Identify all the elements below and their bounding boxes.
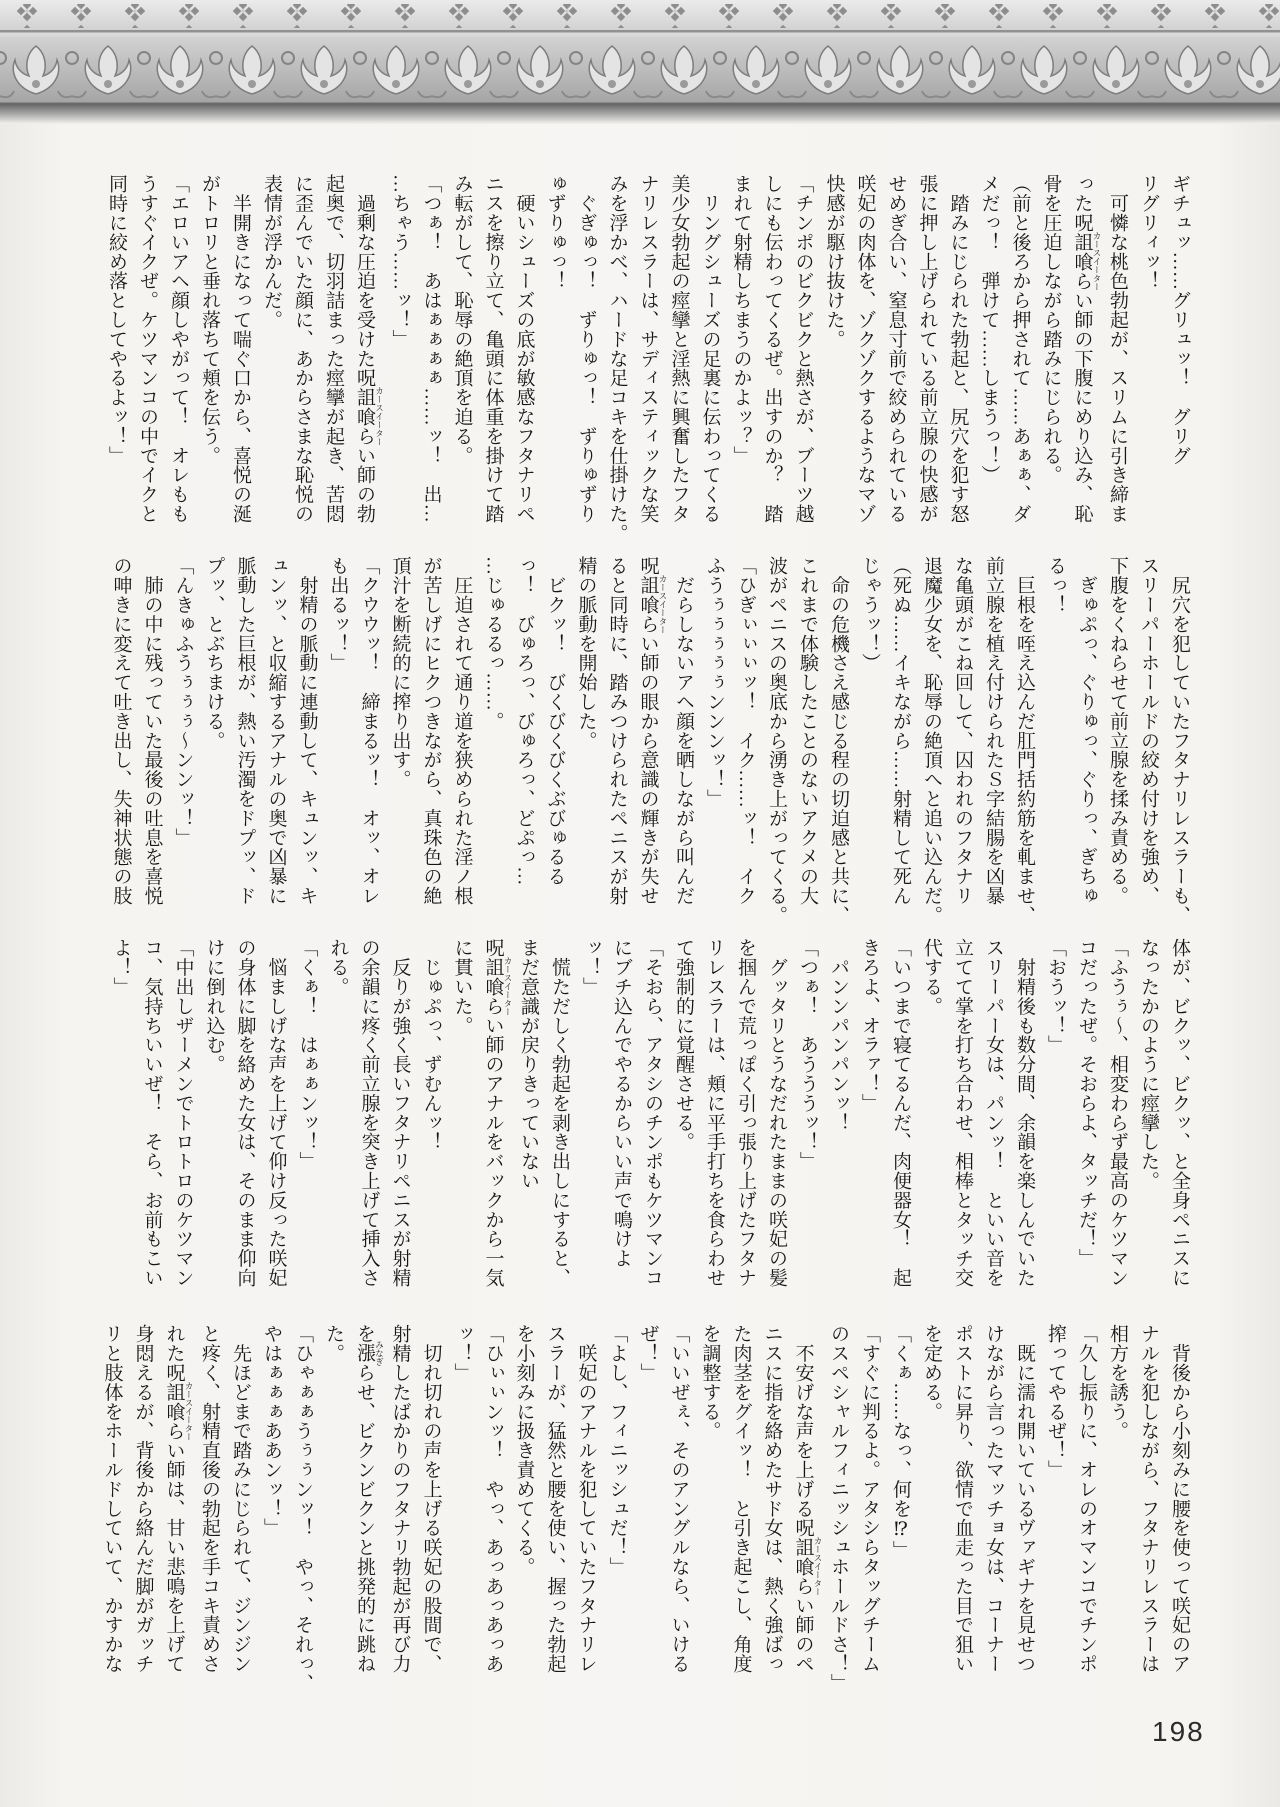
text-column: 「クウウッ！ 締まるッ！ オッ、オレ — [354, 556, 385, 928]
text-column: やはぁぁぁああンッ！」 — [256, 1324, 287, 1696]
text-column: な亀頭がこね回して、囚われのフタナリ — [947, 556, 978, 928]
text-band-4: 背後から小刻みに腰を使って咲妃のアナルを犯しながら、フタナリレスラーは相方を誘う… — [85, 1324, 1195, 1696]
text-column: ポストに昇り、欲情で血走った目で狙い — [947, 1324, 978, 1696]
text-column: 快感が駆け抜けた。 — [819, 174, 850, 546]
text-column: 「よし、フィニッシュだ！」 — [602, 1324, 633, 1696]
text-column: ゅずりゅっ！ — [540, 174, 571, 546]
text-column: ふうぅぅぅぅぅンンンッ！」 — [699, 556, 730, 928]
text-column: けに倒れ込む。 — [199, 938, 230, 1310]
text-column: リングシューズの足裏に伝わってくる — [695, 174, 726, 546]
text-column: 体が、ビクッ、ビクッ、と全身ペニスに — [1164, 938, 1195, 1310]
text-column: 咲妃のアナルを犯していたフタナリレ — [571, 1324, 602, 1696]
text-column: …ちゃう……ッ！」 — [385, 174, 416, 546]
text-column: にブチ込んでやるからいい声で鳴けよ — [606, 938, 637, 1310]
text-column: 表情が浮かんだ。 — [256, 174, 287, 546]
text-column: 「すぐに判るよ。アタシらタッグチーム — [854, 1324, 885, 1696]
text-column: 頂汁を断続的に搾り出す。 — [385, 556, 416, 928]
text-column: スリーパー女は、パンッ！ といい音を — [978, 938, 1009, 1310]
text-column: 悩ましげな声を上げて仰け反った咲妃 — [261, 938, 292, 1310]
text-column: を小刻みに扱き責めてくる。 — [509, 1324, 540, 1696]
book-page: ギチュッ……グリュッ！ グリグリグリィッ！ 可憐な桃色勃起が、スリムに引き締まっ… — [0, 0, 1280, 1807]
text-column: じゅぷっ、ずむんッ！ — [416, 938, 447, 1310]
text-column: 咲妃の肉体を、ゾクゾクするようなマゾ — [850, 174, 881, 546]
text-column: けながら言ったマッチョ女は、コーナー — [978, 1324, 1009, 1696]
text-column: 切れ切れの声を上げる咲妃の股間で、 — [416, 1324, 447, 1696]
text-column: 尻穴を犯していたフタナリレスラーも、 — [1164, 556, 1195, 928]
text-column: 同時に絞め落としてやるよッ！」 — [101, 174, 132, 546]
text-column: （死ぬ……イキながら……射精して死ん — [885, 556, 916, 928]
text-column: と疼く、射精直後の勃起を手コキ責めさ — [194, 1324, 225, 1696]
text-column: 射精の脈動に連動して、キュンッ、キ — [292, 556, 323, 928]
text-column: ぎゅぷっ、ぐりゅっ、ぐりっ、ぎちゅ — [1071, 556, 1102, 928]
text-column: 命の危機さえ感じる程の切迫感と共に、 — [823, 556, 854, 928]
text-column: 「くぁ……なっ、何を⁉」 — [885, 1324, 916, 1696]
text-column: スリーパーホールドの絞め付けを強め、 — [1133, 556, 1164, 928]
text-column: 「おうッ！」 — [1040, 938, 1071, 1310]
text-column: 前立腺を植え付けられたＳ字結腸を凶暴 — [978, 556, 1009, 928]
text-band-2: 尻穴を犯していたフタナリレスラーも、スリーパーホールドの絞め付けを強め、下腹をく… — [85, 556, 1195, 928]
text-band-1: ギチュッ……グリュッ！ グリグリグリィッ！ 可憐な桃色勃起が、スリムに引き締まっ… — [85, 174, 1195, 546]
text-column: リレスラーは、頬に平手打ちを食らわせ — [699, 938, 730, 1310]
text-column: に歪んでいた顔に、あからさまな恥悦の — [287, 174, 318, 546]
text-column: っ！ びゅろっ、びゅろっ、どぷっ… — [509, 556, 540, 928]
text-column: ぐぎゅっ！ ずりゅっ！ ずりゅずり — [571, 174, 602, 546]
text-column: た。 — [318, 1324, 349, 1696]
text-column: を漲みなぎらせ、ビクンビクンと挑発的に跳ね — [349, 1324, 385, 1696]
text-column: 「チンポのビクビクと熱さが、ブーツ越 — [788, 174, 819, 546]
text-column: よ！」 — [106, 938, 137, 1310]
text-column: （前と後ろから押されて……あぁぁ、ダ — [1005, 174, 1036, 546]
text-column: ナリレスラーは、サディスティックな笑 — [633, 174, 664, 546]
text-column: ニスを擦り立て、亀頭に体重を掛けて踏 — [478, 174, 509, 546]
text-column: ナルを犯しながら、フタナリレスラーは — [1133, 1324, 1164, 1696]
text-column: 圧迫されて通り道を狭められた淫ノ根 — [447, 556, 478, 928]
text-column: れた呪詛喰らいカースイーター師は、甘い悲鳴を上げて — [159, 1324, 195, 1696]
text-column: ニスに指を絡めたサド女は、熱く強ばっ — [757, 1324, 788, 1696]
ornamental-border-top — [0, 0, 1280, 124]
text-column: 既に濡れ開いているヴァギナを見せつ — [1009, 1324, 1040, 1696]
page-number: 198 — [1152, 1716, 1205, 1748]
text-column: 「ふうぅ～、相変わらず最高のケツマン — [1102, 938, 1133, 1310]
text-column: 慌ただしく勃起を剥き出しにすると、 — [544, 938, 575, 1310]
text-column: 「ひゃぁぁうぅぅンッ！ やっ、それっ、 — [287, 1324, 318, 1696]
text-column: 反りが強く長いフタナリペニスが射精 — [385, 938, 416, 1310]
text-band-3: 体が、ビクッ、ビクッ、と全身ペニスになったかのように痙攣した。「ふうぅ～、相変わ… — [85, 938, 1195, 1310]
text-column: 射精したばかりのフタナリ勃起が再び力 — [385, 1324, 416, 1696]
text-column: まだ意識が戻りきっていない — [513, 938, 544, 1310]
text-column: 「つぁ！ あはぁぁぁぁ……ッ！ 出… — [416, 174, 447, 546]
text-column: せめぎ合い、窒息寸前で絞められている — [881, 174, 912, 546]
text-column: ビクッ！ びくびくびくぶびゅるる — [540, 556, 571, 928]
text-column: 肺の中に残っていた最後の吐息を喜悦 — [137, 556, 168, 928]
text-column: 身悶えるが、背後から絡んだ脚がガッチ — [128, 1324, 159, 1696]
text-column: グッタリとうなだれたままの咲妃の髪 — [761, 938, 792, 1310]
text-column: リグリィッ！ — [1133, 174, 1164, 546]
text-column: 立てて掌を打ち合わせ、相棒とタッチ交 — [947, 938, 978, 1310]
text-column: が苦しげにヒクつきながら、真珠色の絶 — [416, 556, 447, 928]
text-column: じゃうッ！） — [854, 556, 885, 928]
text-column: 過剰な圧迫を受けた呪詛喰らいカースイーター師の勃 — [349, 174, 385, 546]
text-column: 美少女勃起の痙攣と淫熱に興奮したフタ — [664, 174, 695, 546]
text-column: 可憐な桃色勃起が、スリムに引き締ま — [1102, 174, 1133, 546]
text-column: まれて射精しちまうのかよッ？」 — [726, 174, 757, 546]
text-column: みを浮かべ、ハードな足コキを仕掛けた。 — [602, 174, 633, 546]
text-column: も出るッ！」 — [323, 556, 354, 928]
text-column: ュンッ、と収縮するアナルの奥で凶暴に — [261, 556, 292, 928]
text-column: の身体に脚を絡めた女は、そのまま仰向 — [230, 938, 261, 1310]
text-column: 呪詛喰らいカースイーター師のアナルをバックから一気 — [478, 938, 514, 1310]
text-column: パンンパンパンッ！ — [823, 938, 854, 1310]
text-column: コ、気持ちいいぜ！ そら、お前もこい — [137, 938, 168, 1310]
text-column: を調整する。 — [695, 1324, 726, 1696]
text-column: だらしないアヘ顔を晒しながら叫んだ — [668, 556, 699, 928]
text-column: 「くぁ！ はぁぁンッ！」 — [292, 938, 323, 1310]
text-column: ッ！」 — [575, 938, 606, 1310]
text-column: るっ！ — [1040, 556, 1071, 928]
text-column: ギチュッ……グリュッ！ グリグ — [1164, 174, 1195, 546]
text-column: に貫いた。 — [447, 938, 478, 1310]
text-column: がトロリと垂れ落ちて頬を伝う。 — [194, 174, 225, 546]
text-column: 踏みにじられた勃起と、尻穴を犯す怒 — [943, 174, 974, 546]
text-column: 脈動した巨根が、熱い汚濁をドプッ、ド — [230, 556, 261, 928]
text-column: 退魔少女を、恥辱の絶頂へと追い込んだ。 — [916, 556, 947, 928]
text-column: 搾ってやるぜ！」 — [1040, 1324, 1071, 1696]
text-column: の余韻に疼く前立腺を突き上げて挿入さ — [354, 938, 385, 1310]
text-column: 「そおら、アタシのチンポもケツマンコ — [637, 938, 668, 1310]
text-column: 精の脈動を開始した。 — [571, 556, 602, 928]
text-column: み転がして、恥辱の絶頂を迫る。 — [447, 174, 478, 546]
text-column: を定める。 — [916, 1324, 947, 1696]
text-column: コだったぜ。そおらよ、タッチだ！」 — [1071, 938, 1102, 1310]
text-column: メだっ！ 弾けて……しまうっ！） — [974, 174, 1005, 546]
text-column: のスペシャルフィニッシュホールドさ！」 — [823, 1324, 854, 1696]
text-column: これまで体験したことのないアクメの大 — [792, 556, 823, 928]
text-column: の呻きに変えて吐き出し、失神状態の肢 — [106, 556, 137, 928]
text-column: ると同時に、踏みつけられたペニスが射 — [602, 556, 633, 928]
text-column: った呪詛喰らいカースイーター師の下腹にめり込み、恥 — [1067, 174, 1103, 546]
text-column: 射精後も数分間、余韻を楽しんでいた — [1009, 938, 1040, 1310]
text-column: なったかのように痙攣した。 — [1133, 938, 1164, 1310]
text-column: リと肢体をホールドしていて、かすかな — [97, 1324, 128, 1696]
text-column: 先ほどまで踏みにじられて、ジンジン — [225, 1324, 256, 1696]
text-column: しにも伝わってくるぜ。出すのか？ 踏 — [757, 174, 788, 546]
text-column: 下腹をくねらせて前立腺を揉み責める。 — [1102, 556, 1133, 928]
text-column: 「ひぃぃンッ！ やっ、あっあっあっあ — [478, 1324, 509, 1696]
text-column: 相方を誘う。 — [1102, 1324, 1133, 1696]
text-column: 「中出しザーメンでトロトロのケツマン — [168, 938, 199, 1310]
ornamental-border-bottom — [0, 1747, 1280, 1807]
text-column: た肉茎をグイッ！ と引き起こし、角度 — [726, 1324, 757, 1696]
text-column: プッ、とぶちまける。 — [199, 556, 230, 928]
text-column: 呪詛喰らいカースイーター師の眼から意識の輝きが失せ — [633, 556, 669, 928]
text-column: 半開きになって喘ぐ口から、喜悦の涎 — [225, 174, 256, 546]
text-column: 巨根を咥え込んだ肛門括約筋を軋ませ、 — [1009, 556, 1040, 928]
text-column: 「つぁ！ あうううッ！」 — [792, 938, 823, 1310]
text-column: 張に押し上げられている前立腺の快感が — [912, 174, 943, 546]
text-column: スラーが、猛然と腰を使い、握った勃起 — [540, 1324, 571, 1696]
text-column: 起奥で、切羽詰まった痙攣が起き、苦悶 — [318, 174, 349, 546]
text-column: …じゅるるっ……。 — [478, 556, 509, 928]
text-column: きろよ、オラァ！」 — [854, 938, 885, 1310]
text-column: 「久し振りに、オレのオマンコでチンポ — [1071, 1324, 1102, 1696]
text-column: 「いいぜぇ、そのアングルなら、いける — [664, 1324, 695, 1696]
text-column: 不安げな声を上げる呪詛喰らいカースイーター師のペ — [788, 1324, 824, 1696]
text-column: 波がペニスの奥底から湧き上がってくる。 — [761, 556, 792, 928]
text-column: 背後から小刻みに腰を使って咲妃のア — [1164, 1324, 1195, 1696]
text-column: 「いつまで寝てるんだ、肉便器女！ 起 — [885, 938, 916, 1310]
text-column: て強制的に覚醒させる。 — [668, 938, 699, 1310]
text-column: 骨を圧迫しながら踏みにじられる。 — [1036, 174, 1067, 546]
text-column: 「エロいアヘ顔しやがって！ オレもも — [163, 174, 194, 546]
text-column: 「ひぎぃぃぃッ！ イク……ッ！ イク — [730, 556, 761, 928]
text-column: 硬いシューズの底が敏感なフタナリペ — [509, 174, 540, 546]
text-column: 代する。 — [916, 938, 947, 1310]
text-column: れる。 — [323, 938, 354, 1310]
text-column: ぜ！」 — [633, 1324, 664, 1696]
text-column: ッ！」 — [447, 1324, 478, 1696]
text-column: うすぐイクぜ。ケツマンコの中でイクと — [132, 174, 163, 546]
text-column: を掴んで荒っぽく引っ張り上げたフタナ — [730, 938, 761, 1310]
text-column: 「んきゅふうぅぅぅ～ンンッ！」 — [168, 556, 199, 928]
